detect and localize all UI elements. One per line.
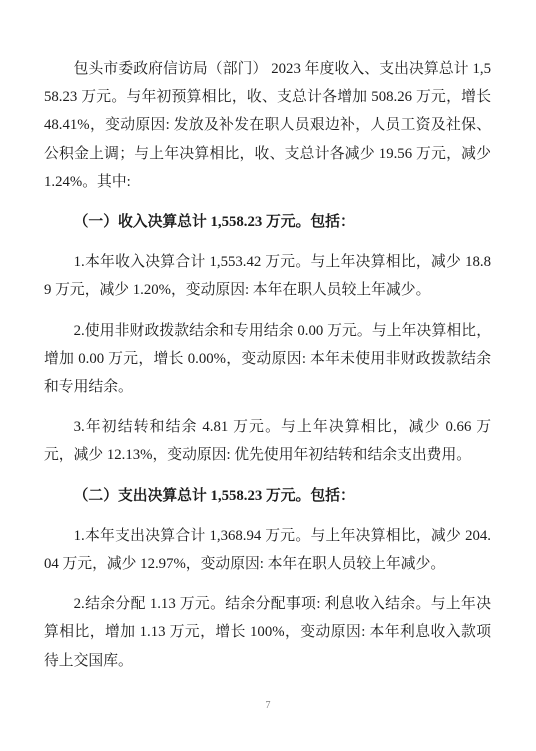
income-item-2: 2.使用非财政拨款结余和专用结余 0.00 万元。与上年决算相比，增加 0.00… — [44, 317, 491, 402]
income-item-3: 3.年初结转和结余 4.81 万元。与上年决算相比，减少 0.66 万元，减少 … — [44, 413, 491, 469]
expenditure-item-1: 1.本年支出决算合计 1,368.94 万元。与上年决算相比，减少 204.04… — [44, 522, 491, 578]
income-item-1: 1.本年收入决算合计 1,553.42 万元。与上年决算相比，减少 18.89 … — [44, 248, 491, 304]
expenditure-item-2: 2.结余分配 1.13 万元。结余分配事项: 利息收入结余。与上年决算相比，增加… — [44, 590, 491, 675]
document-page: 包头市委政府信访局（部门） 2023 年度收入、支出决算总计 1,558.23 … — [0, 0, 536, 751]
section-expenditure-heading: （二）支出决算总计 1,558.23 万元。包括： — [44, 482, 491, 510]
section-income-heading: （一）收入决算总计 1,558.23 万元。包括： — [44, 208, 491, 236]
intro-paragraph: 包头市委政府信访局（部门） 2023 年度收入、支出决算总计 1,558.23 … — [44, 55, 491, 196]
page-number: 7 — [0, 699, 536, 713]
